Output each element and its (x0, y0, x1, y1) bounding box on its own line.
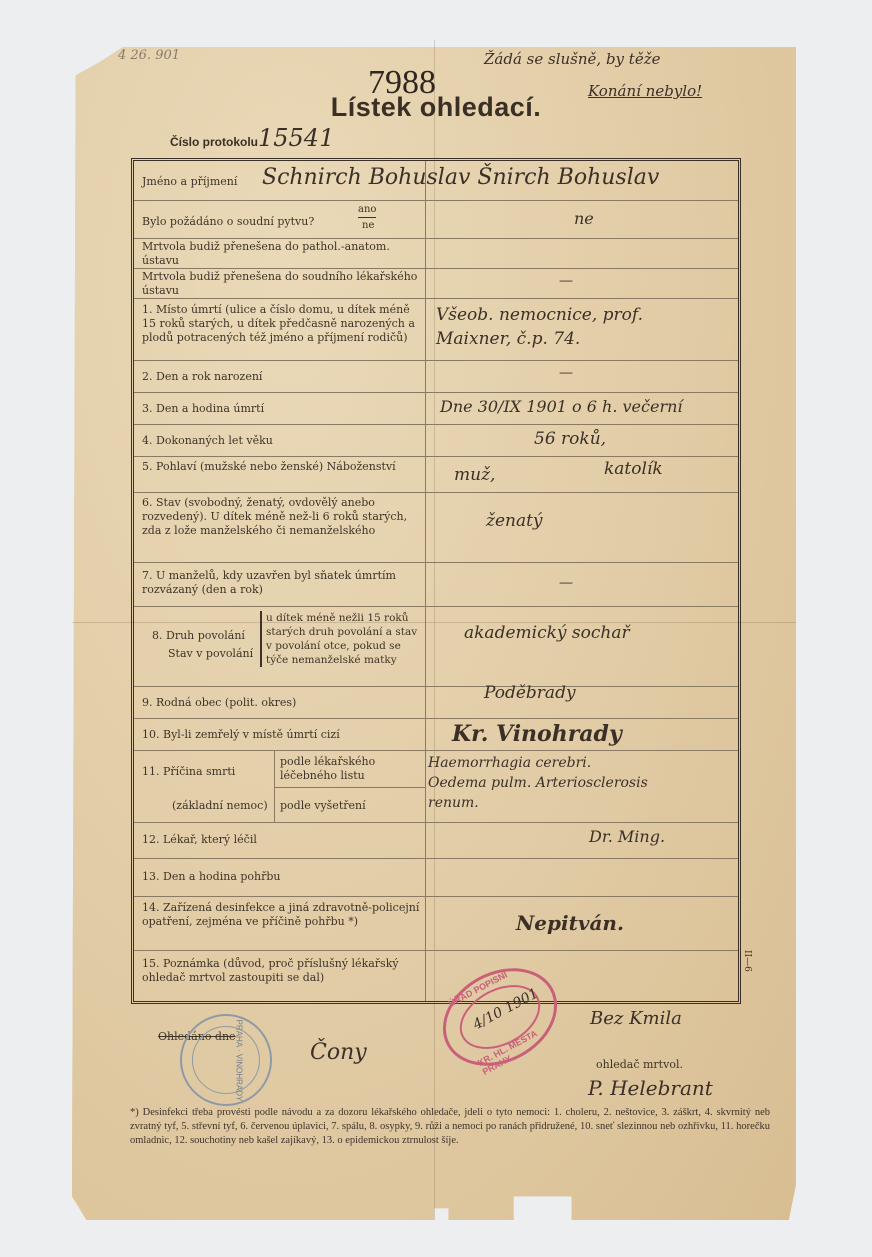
row-11-label-b: (základní nemoc) (172, 799, 268, 813)
row-6-value: ženatý (486, 511, 543, 531)
row-11-cause-of-death: 11. Příčina smrti (základní nemoc) podle… (134, 751, 738, 823)
row-8-value: akademický sochař (464, 623, 630, 643)
row-12-value: Dr. Ming. (589, 827, 665, 846)
row-2-value: — (559, 365, 573, 381)
transfer-forensic-label: Mrtvola budiž přenešena do soudního léka… (142, 270, 422, 298)
row-1-value-line1: Všeob. nemocnice, prof. (436, 305, 643, 325)
row-10-label: Byl-li zemřelý v místě úmrtí cizí (163, 728, 340, 741)
corner-note: 4 26. 901 (118, 48, 180, 63)
row-7-marriage: 7. U manželů, kdy uzavřen byl sňatek úmr… (134, 563, 738, 607)
transfer-patho-label: Mrtvola budiž přenešena do pathol.-anato… (142, 240, 422, 268)
row-11-inner-divider (274, 787, 425, 788)
row-transfer-patho: Mrtvola budiž přenešena do pathol.-anato… (134, 239, 738, 269)
row-9-value: Poděbrady (484, 683, 576, 703)
margin-code: II—6 (742, 950, 752, 972)
blue-postal-stamp: PRAHA · VINOHRADY (180, 1014, 272, 1106)
protocol-number: 15541 (258, 124, 334, 152)
row-2-label: Den a rok narození (156, 370, 262, 383)
row-5-sex-religion: 5. Pohlaví (mužské nebo ženské) Nábožens… (134, 457, 738, 493)
row-15-label: Poznámka (důvod, proč příslušný lékařský… (142, 957, 399, 984)
row-1-num: 1. (142, 303, 153, 316)
row-8-num: 8. (152, 629, 163, 642)
row-14-num: 14. (142, 901, 160, 914)
row-6-label: Stav (svobodný, ženatý, ovdovělý anebo r… (142, 496, 407, 537)
row-9-label: Rodná obec (polit. okres) (156, 696, 296, 709)
row-6-marital-status: 6. Stav (svobodný, ženatý, ovdovělý aneb… (134, 493, 738, 563)
transfer-forensic-value: — (559, 273, 573, 289)
row-10-foreigner: 10. Byl-li zemřelý v místě úmrtí cizí Kr… (134, 719, 738, 751)
row-2-birth: 2. Den a rok narození — (134, 361, 738, 393)
row-6-num: 6. (142, 496, 153, 509)
autopsy-option-no: ne (362, 219, 374, 233)
row-13-num: 13. (142, 870, 160, 883)
row-8-occupation: 8. Druh povolání Stav v povolání u dítek… (134, 607, 738, 687)
row-5-num: 5. (142, 460, 153, 473)
form-table: Jméno a příjmení Schnirch Bohuslav Šnirc… (131, 158, 741, 1004)
row-11-num: 11. (142, 765, 160, 778)
row-11-value-line3: renum. (428, 795, 479, 811)
row-13-burial: 13. Den a hodina pohřbu (134, 859, 738, 897)
row-4-label: Dokonaných let věku (156, 434, 273, 447)
row-14-disinfection: 14. Zařízená desinfekce a jiná zdravotně… (134, 897, 738, 951)
document-title: Lístek ohledací. (0, 92, 872, 123)
row-5-value-religion: katolík (604, 459, 663, 479)
row-11-sub-b: podle vyšetření (280, 799, 366, 813)
blue-stamp-text: PRAHA · VINOHRADY (234, 1020, 243, 1102)
row-11-sub-a: podle lékařského léčebného listu (280, 755, 420, 783)
row-11-value-line1: Haemorrhagia cerebri. (428, 755, 591, 771)
signature-bottom: P. Helebrant (588, 1076, 713, 1100)
row-4-num: 4. (142, 434, 153, 447)
row-1-value-line2: Maixner, č.p. 74. (436, 329, 580, 349)
row-11-label-a: Příčina smrti (163, 765, 235, 778)
row-4-age: 4. Dokonaných let věku 56 roků, (134, 425, 738, 457)
row-11-value-line2: Oedema pulm. Arteriosclerosis (428, 775, 648, 791)
signature-left: Čony (310, 1040, 367, 1065)
row-8-note: u dítek méně nežli 15 roků starých druh … (260, 611, 426, 667)
row-7-value: — (559, 575, 573, 591)
row-5-label: Pohlaví (mužské nebo ženské) Náboženství (156, 460, 396, 473)
row-3-death-time: 3. Den a hodina úmrtí Dne 30/IX 1901 o 6… (134, 393, 738, 425)
row-9-birthplace: 9. Rodná obec (polit. okres) Poděbrady (134, 687, 738, 719)
top-right-note-line1: Žádá se slušně, by těže (484, 50, 660, 68)
row-8-label-a: Druh povolání (166, 629, 245, 642)
row-2-num: 2. (142, 370, 153, 383)
row-1-place-of-death: 1. Místo úmrtí (ulice a číslo domu, u dí… (134, 299, 738, 361)
row-7-label: U manželů, kdy uzavřen byl sňatek úmrtím… (142, 569, 396, 596)
row-8-label-b: Stav v povolání (168, 647, 253, 661)
protocol-label: Číslo protokolu (170, 135, 258, 149)
row-9-num: 9. (142, 696, 153, 709)
row-1-label: Místo úmrtí (ulice a číslo domu, u dítek… (142, 303, 415, 344)
row-transfer-forensic: Mrtvola budiž přenešena do soudního léka… (134, 269, 738, 299)
examiner-label: ohledač mrtvol. (596, 1058, 683, 1071)
footnote: *) Desinfekci třeba provésti podle návod… (130, 1106, 770, 1148)
row-5-value-sex: muž, (454, 465, 495, 485)
row-15-note: 15. Poznámka (důvod, proč příslušný léka… (134, 951, 738, 1001)
signature-examiner: Bez Kmila (590, 1008, 682, 1029)
row-15-num: 15. (142, 957, 160, 970)
row-10-num: 10. (142, 728, 160, 741)
row-12-label: Lékař, který léčil (163, 833, 257, 846)
row-12-physician: 12. Lékař, který léčil Dr. Ming. (134, 823, 738, 859)
row-10-value: Kr. Vinohrady (452, 721, 622, 747)
autopsy-option-yes: ano (358, 203, 376, 218)
autopsy-value: ne (574, 209, 594, 228)
row-12-num: 12. (142, 833, 160, 846)
row-3-label: Den a hodina úmrtí (156, 402, 264, 415)
row-14-value: Nepitván. (516, 911, 624, 935)
row-7-num: 7. (142, 569, 153, 582)
name-value: Schnirch Bohuslav Šnirch Bohuslav (262, 165, 659, 190)
row-3-num: 3. (142, 402, 153, 415)
row-14-label: Zařízená desinfekce a jiná zdravotně-pol… (142, 901, 419, 928)
row-autopsy: Bylo požádáno o soudní pytvu? ano ne ne (134, 201, 738, 239)
row-4-value: 56 roků, (534, 429, 606, 449)
row-3-value: Dne 30/IX 1901 o 6 h. večerní (440, 397, 683, 416)
row-13-label: Den a hodina pohřbu (163, 870, 281, 883)
autopsy-label: Bylo požádáno o soudní pytvu? (142, 215, 422, 229)
